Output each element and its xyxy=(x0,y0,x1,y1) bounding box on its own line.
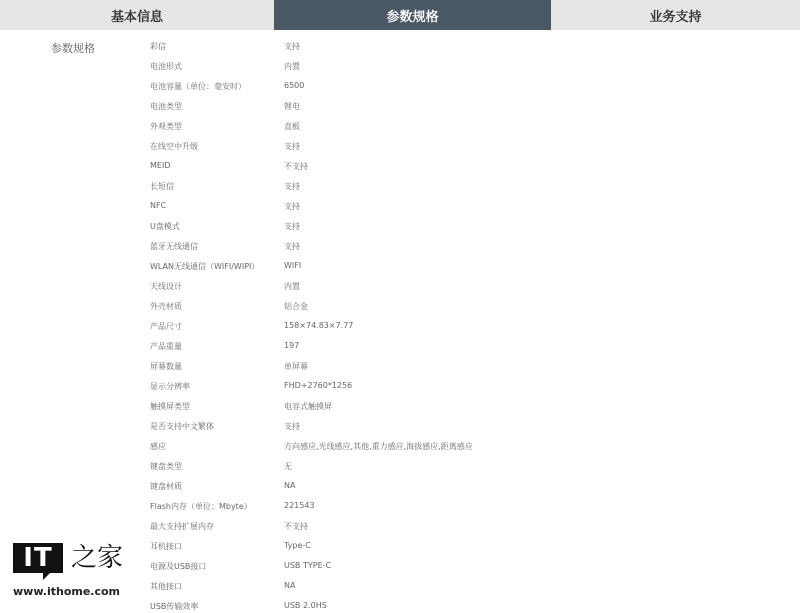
tab-basic-info[interactable]: 基本信息 xyxy=(0,0,274,30)
spec-value: USB TYPE-C xyxy=(284,561,331,570)
spec-key: NFC xyxy=(150,201,284,210)
spec-row: 电源及USB接口USB TYPE-C xyxy=(150,561,473,581)
section-title: 参数规格 xyxy=(51,40,95,56)
ithome-watermark: IT 之家 www.ithome.com xyxy=(13,543,123,598)
spec-key: 天线设计 xyxy=(150,281,284,292)
watermark-url: www.ithome.com xyxy=(13,585,123,598)
spec-row: 长短信支持 xyxy=(150,181,473,201)
spec-row: 最大支持扩展内存不支持 xyxy=(150,521,473,541)
spec-row: 显示分辨率FHD+2760*1256 xyxy=(150,381,473,401)
spec-value: USB 2.0HS xyxy=(284,601,327,610)
spec-value: 支持 xyxy=(284,421,300,432)
spec-value: 6500 xyxy=(284,81,304,90)
spec-value: WIFI xyxy=(284,261,301,270)
spec-value: 直板 xyxy=(284,121,300,132)
spec-value: 电容式触摸屏 xyxy=(284,401,332,412)
spec-row: 外观类型直板 xyxy=(150,121,473,141)
spec-row: 蓝牙无线通信支持 xyxy=(150,241,473,261)
spec-value: 支持 xyxy=(284,201,300,212)
spec-value: 锂电 xyxy=(284,101,300,112)
spec-value: FHD+2760*1256 xyxy=(284,381,352,390)
spec-key: 长短信 xyxy=(150,181,284,192)
spec-key: 电池容量（单位：毫安时） xyxy=(150,81,284,92)
spec-key: 其他接口 xyxy=(150,581,284,592)
spec-value: 方向感应,光线感应,其他,重力感应,海拔感应,距离感应 xyxy=(284,441,473,452)
spec-row: 产品尺寸158×74.83×7.77 xyxy=(150,321,473,341)
spec-value: 221543 xyxy=(284,501,315,510)
spec-row: 彩信支持 xyxy=(150,41,473,61)
spec-key: 最大支持扩展内存 xyxy=(150,521,284,532)
ithome-logo-cn: 之家 xyxy=(71,543,123,573)
spec-key: 感应 xyxy=(150,441,284,452)
spec-row: 感应方向感应,光线感应,其他,重力感应,海拔感应,距离感应 xyxy=(150,441,473,461)
spec-value: 内置 xyxy=(284,61,300,72)
spec-value: 不支持 xyxy=(284,161,308,172)
spec-value: 单屏幕 xyxy=(284,361,308,372)
spec-value: 不支持 xyxy=(284,521,308,532)
spec-table: 彩信支持电池形式内置电池容量（单位：毫安时）6500电池类型锂电外观类型直板在线… xyxy=(150,41,473,613)
spec-key: 键盘类型 xyxy=(150,461,284,472)
spec-row: 键盘材质NA xyxy=(150,481,473,501)
spec-key: Flash内存（单位：Mbyte） xyxy=(150,501,284,512)
tab-business-support[interactable]: 业务支持 xyxy=(551,0,800,30)
spec-key: 产品尺寸 xyxy=(150,321,284,332)
spec-row: MEID不支持 xyxy=(150,161,473,181)
spec-row: 天线设计内置 xyxy=(150,281,473,301)
spec-key: 电源及USB接口 xyxy=(150,561,284,572)
spec-row: WLAN无线通信（WIFI/WIPI）WIFI xyxy=(150,261,473,281)
spec-row: 屏幕数量单屏幕 xyxy=(150,361,473,381)
spec-row: 外壳材质铝合金 xyxy=(150,301,473,321)
spec-row: NFC支持 xyxy=(150,201,473,221)
spec-value: 支持 xyxy=(284,181,300,192)
spec-key: USB传输效率 xyxy=(150,601,284,612)
spec-key: 是否支持中文繁体 xyxy=(150,421,284,432)
spec-row: 在线空中升级支持 xyxy=(150,141,473,161)
spec-value: 铝合金 xyxy=(284,301,308,312)
spec-key: 屏幕数量 xyxy=(150,361,284,372)
spec-key: MEID xyxy=(150,161,284,170)
ithome-logo-icon: IT xyxy=(13,543,63,573)
spec-row: USB传输效率USB 2.0HS xyxy=(150,601,473,613)
spec-value: 支持 xyxy=(284,41,300,52)
spec-row: 电池容量（单位：毫安时）6500 xyxy=(150,81,473,101)
spec-key: 外壳材质 xyxy=(150,301,284,312)
spec-row: 电池形式内置 xyxy=(150,61,473,81)
spec-row: 其他接口NA xyxy=(150,581,473,601)
tab-specifications[interactable]: 参数规格 xyxy=(274,0,551,30)
spec-value: 158×74.83×7.77 xyxy=(284,321,353,330)
spec-value: 无 xyxy=(284,461,292,472)
spec-key: WLAN无线通信（WIFI/WIPI） xyxy=(150,261,284,272)
spec-value: NA xyxy=(284,481,295,490)
spec-row: 电池类型锂电 xyxy=(150,101,473,121)
spec-key: 电池类型 xyxy=(150,101,284,112)
spec-key: 耳机接口 xyxy=(150,541,284,552)
spec-value: 支持 xyxy=(284,221,300,232)
spec-row: 是否支持中文繁体支持 xyxy=(150,421,473,441)
spec-key: 外观类型 xyxy=(150,121,284,132)
spec-key: U盘模式 xyxy=(150,221,284,232)
spec-key: 电池形式 xyxy=(150,61,284,72)
spec-row: 耳机接口Type-C xyxy=(150,541,473,561)
spec-key: 触摸屏类型 xyxy=(150,401,284,412)
spec-value: Type-C xyxy=(284,541,311,550)
spec-row: 产品重量197 xyxy=(150,341,473,361)
spec-key: 蓝牙无线通信 xyxy=(150,241,284,252)
tab-bar: 基本信息 参数规格 业务支持 xyxy=(0,0,800,30)
spec-value: 197 xyxy=(284,341,299,350)
spec-value: 支持 xyxy=(284,241,300,252)
spec-key: 显示分辨率 xyxy=(150,381,284,392)
spec-row: 键盘类型无 xyxy=(150,461,473,481)
spec-key: 在线空中升级 xyxy=(150,141,284,152)
spec-value: 内置 xyxy=(284,281,300,292)
spec-value: 支持 xyxy=(284,141,300,152)
spec-key: 键盘材质 xyxy=(150,481,284,492)
spec-row: Flash内存（单位：Mbyte）221543 xyxy=(150,501,473,521)
spec-value: NA xyxy=(284,581,295,590)
spec-key: 产品重量 xyxy=(150,341,284,352)
spec-key: 彩信 xyxy=(150,41,284,52)
spec-row: U盘模式支持 xyxy=(150,221,473,241)
spec-row: 触摸屏类型电容式触摸屏 xyxy=(150,401,473,421)
